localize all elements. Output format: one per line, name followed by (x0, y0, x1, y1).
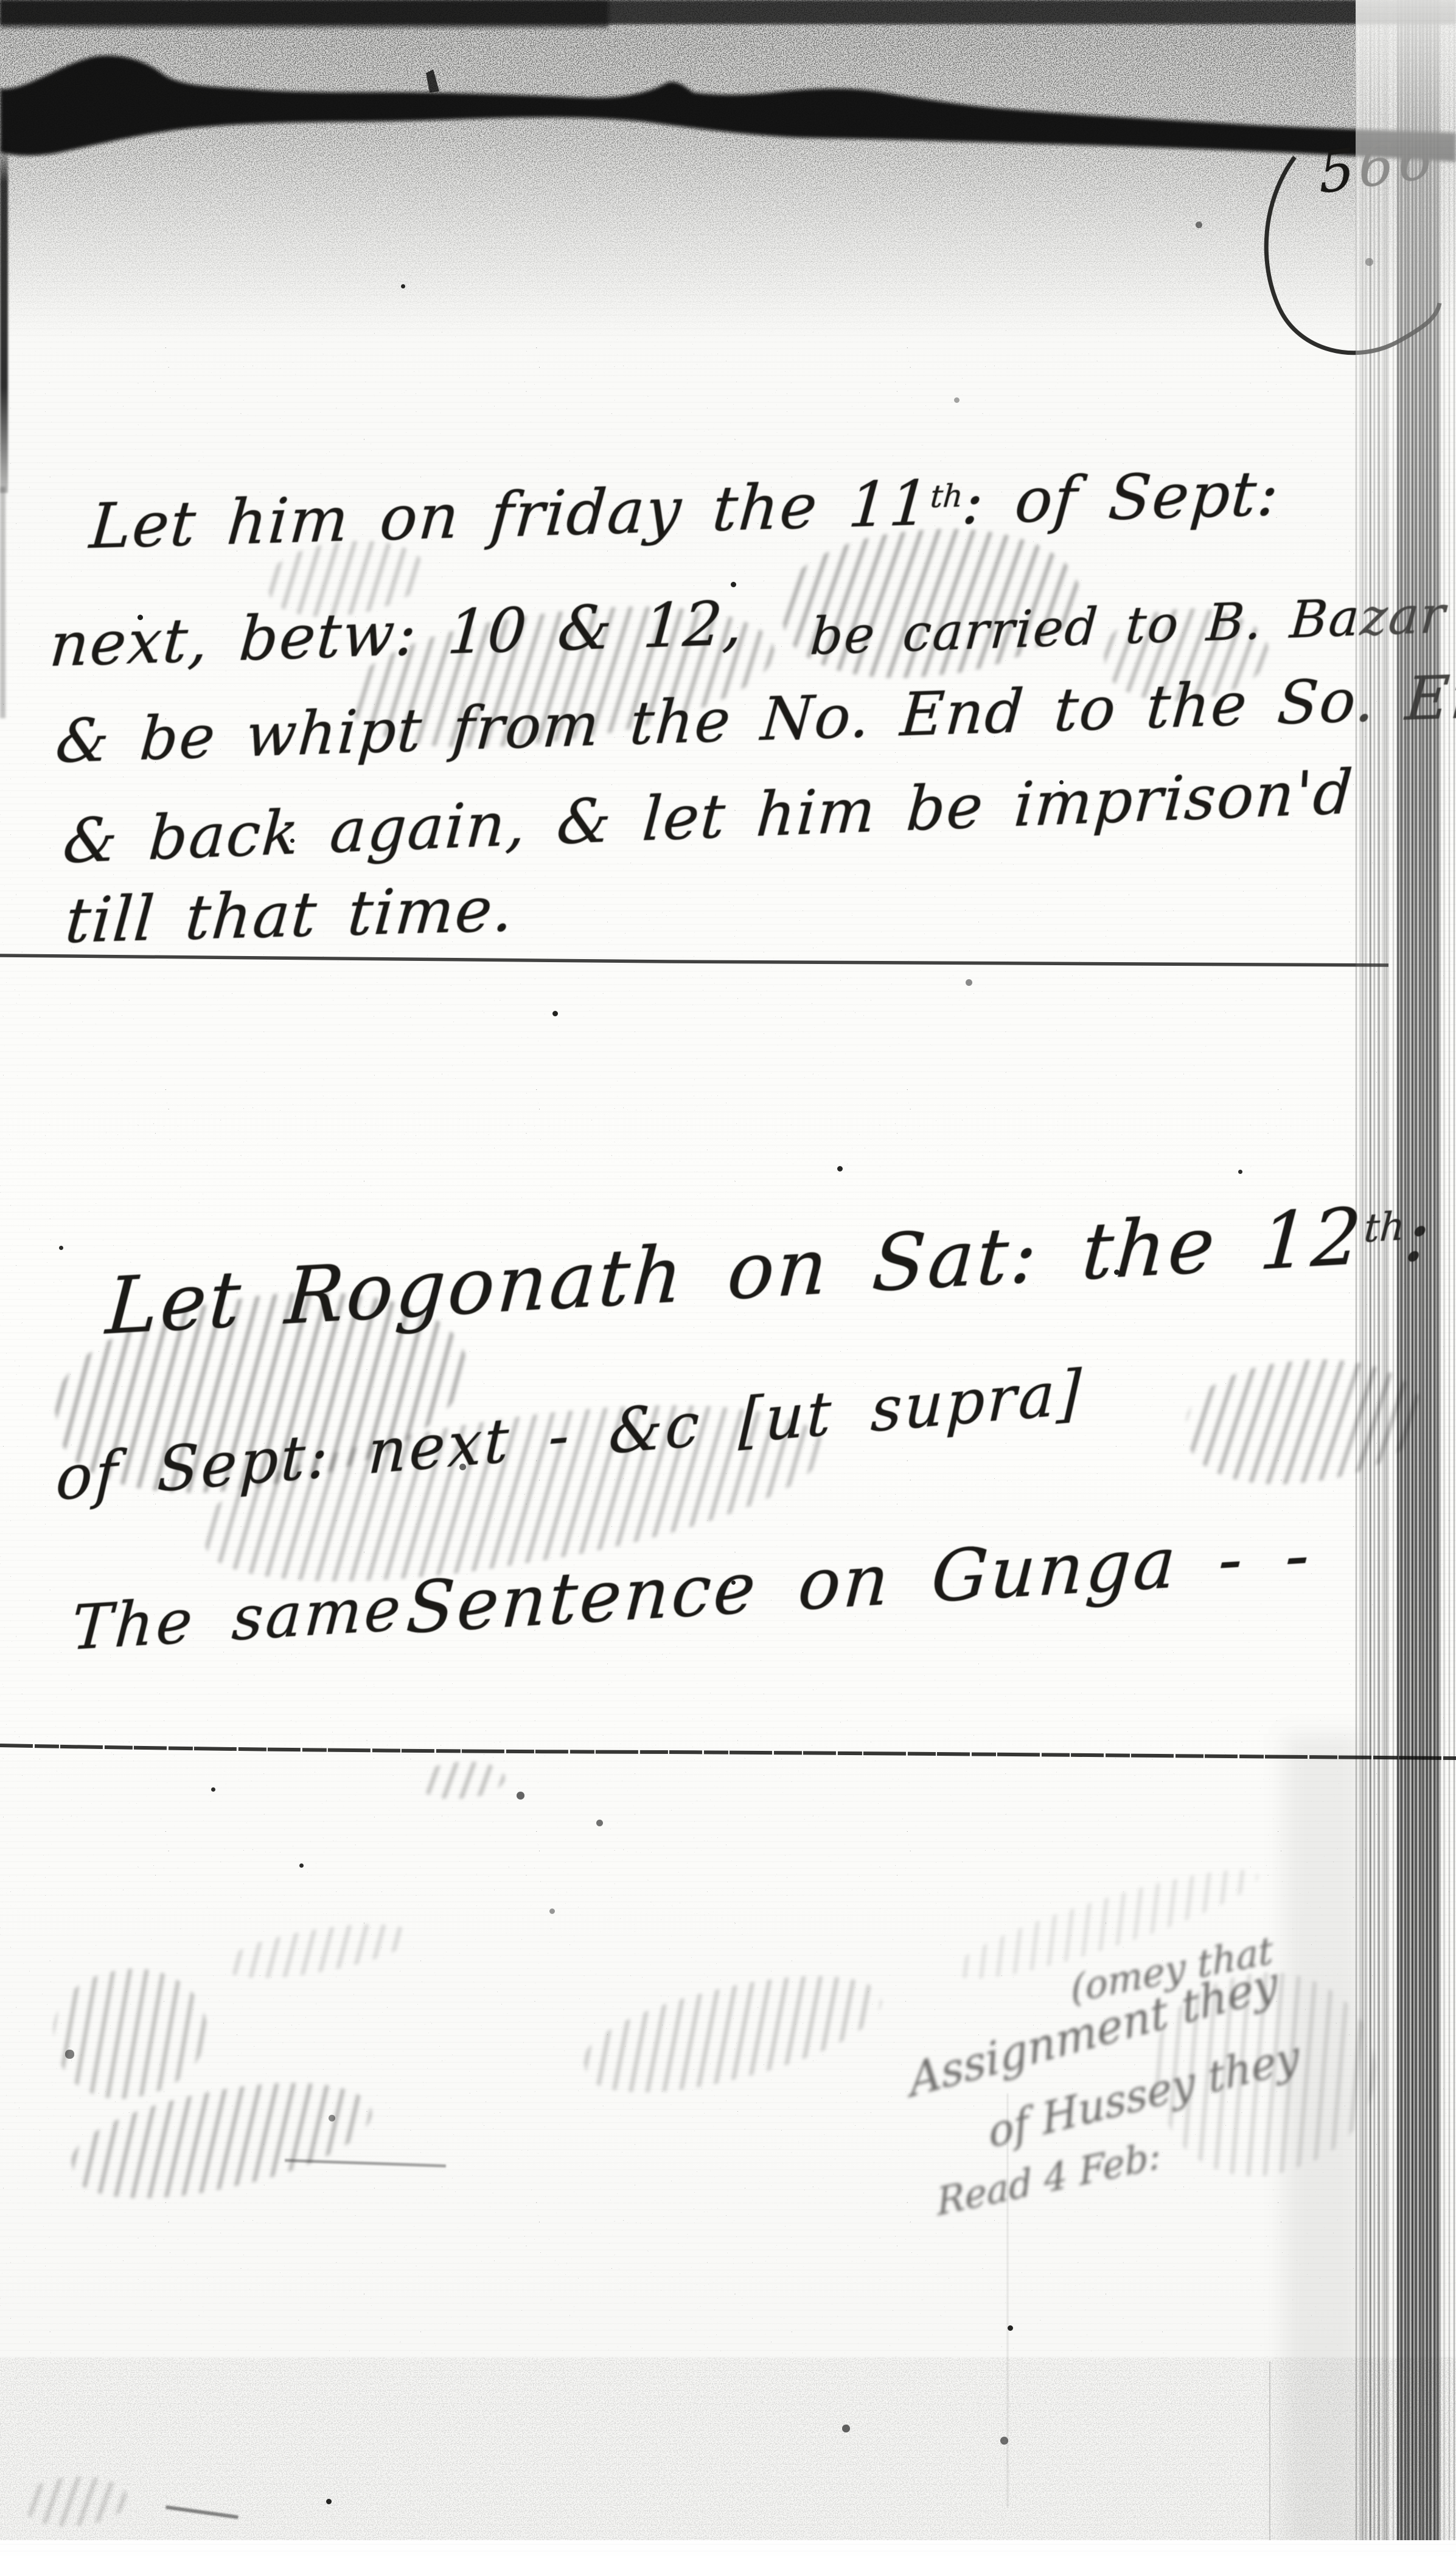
entry1-line5: till that time. (63, 879, 517, 953)
manuscript-page: 566 Let him on friday the 11th: of Sept:… (0, 0, 1456, 2556)
binding-shadow (1284, 1734, 1363, 2556)
bottom-grain (0, 2361, 1456, 2544)
scan-bottom-margin (0, 2540, 1456, 2556)
entry2-line3a: The same (70, 1578, 405, 1659)
ink-specks (0, 0, 3, 3)
scan-left-edge (0, 140, 8, 493)
paper-crease (1007, 2093, 1008, 2507)
line-text: : of Sept: (960, 457, 1282, 539)
scan-top-edge-left (0, 0, 608, 28)
paper-crease (1269, 2361, 1270, 2556)
scan-left-edge-tail (0, 487, 5, 718)
superscript-th: th (929, 478, 964, 515)
binding-band-fade (1356, 0, 1456, 1765)
